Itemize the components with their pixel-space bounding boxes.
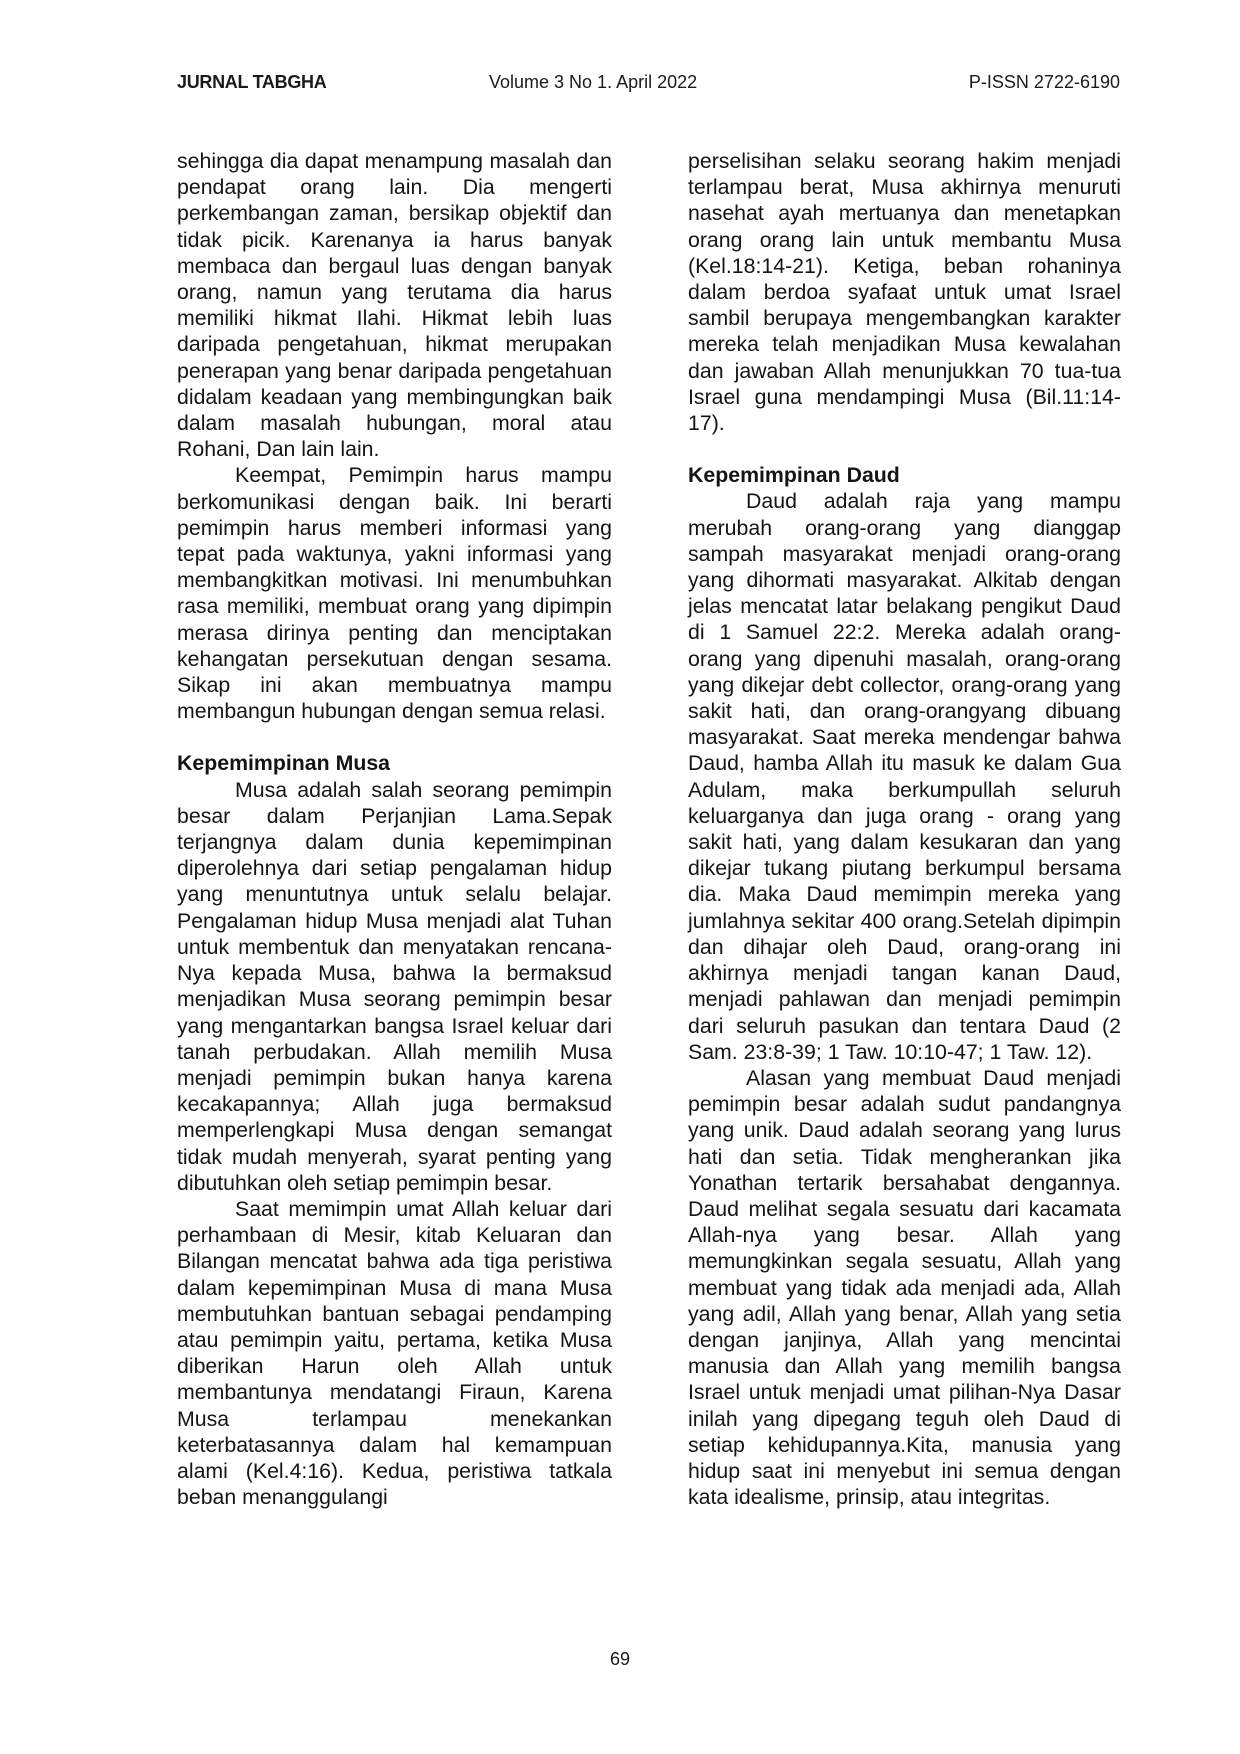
volume-info: Volume 3 No 1. April 2022 <box>489 72 697 93</box>
section-heading-daud: Kepemimpinan Daud <box>688 462 1121 488</box>
issn: P-ISSN 2722-6190 <box>969 72 1120 93</box>
left-column: sehingga dia dapat menampung masalah dan… <box>177 148 612 1510</box>
page-number: 69 <box>0 1649 1240 1670</box>
paragraph: sehingga dia dapat menampung masalah dan… <box>177 148 612 462</box>
paragraph: Alasan yang membuat Daud menjadi pemimpi… <box>688 1065 1121 1510</box>
journal-name: JURNAL TABGHA <box>177 72 326 93</box>
paragraph: Keempat, Pemimpin harus mampu berkomunik… <box>177 462 612 724</box>
section-heading-musa: Kepemimpinan Musa <box>177 750 612 776</box>
paragraph: Musa adalah salah seorang pemimpin besar… <box>177 777 612 1196</box>
spacer <box>177 724 612 750</box>
paragraph: Daud adalah raja yang mampu merubah oran… <box>688 488 1121 1064</box>
paragraph: Saat memimpin umat Allah keluar dari per… <box>177 1196 612 1510</box>
running-header: JURNAL TABGHA Volume 3 No 1. April 2022 … <box>177 72 1120 102</box>
spacer <box>688 436 1121 462</box>
paragraph: perselisihan selaku seorang hakim menjad… <box>688 148 1121 436</box>
right-column: perselisihan selaku seorang hakim menjad… <box>688 148 1121 1510</box>
